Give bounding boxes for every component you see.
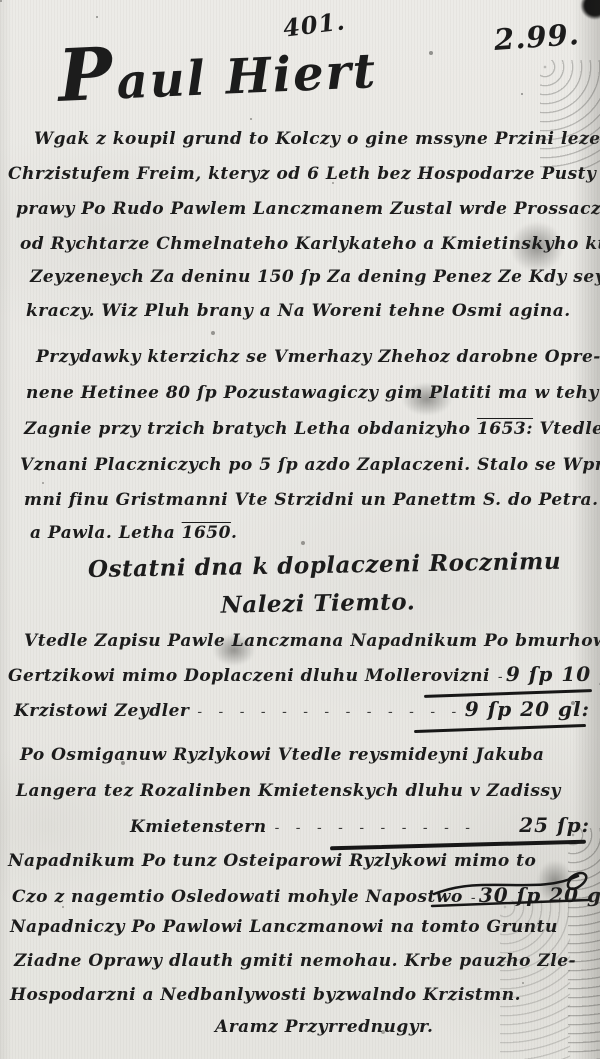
paragraph-line: od Rychtarze Chmelnateho Karlykateho a K… xyxy=(20,231,600,257)
dotted-leader: - - - - - xyxy=(490,664,506,690)
line-text: Zagnie przy trzich bratych Letha obdaniz… xyxy=(24,419,477,439)
amount-value: 9 ſp 10 gl: xyxy=(506,661,600,687)
year-1650: 1650 xyxy=(182,523,231,543)
ink-specks xyxy=(0,0,2,2)
line-text: Vtedle. xyxy=(533,419,600,439)
scan-noise-top-right xyxy=(540,60,600,170)
amount-value: 9 ſp 20 gl: xyxy=(465,696,590,722)
entry-intro-line: Vtedle Zapisu Pawle Lanczmana Napadnikum… xyxy=(24,628,600,654)
closing-line: Hospodarzni a Nedbanlywosti byzwalndo Kr… xyxy=(10,982,521,1008)
paragraph-line: Vznani Placzniczych po 5 ſp azdo Zaplacz… xyxy=(20,452,600,478)
closing-signature-line: Aramz Przyrrednugyr. xyxy=(215,1014,433,1040)
paragraph-line: Wgak z koupil grund to Kolczy o gine mss… xyxy=(34,126,600,152)
entry-row: Kmietenstern - - - - - - - - - - 25 ſp: xyxy=(130,812,590,841)
ink-mark-top-left xyxy=(0,4,12,40)
manuscript-page: 401. 2.99. Paul Hiert Wgak z koupil grun… xyxy=(0,0,600,1059)
entry-text: Czo z nagemtio Osledowati mohyle Napostw… xyxy=(12,884,463,910)
closing-line: Napadniczy Po Pawlowi Lanczmanowi na tom… xyxy=(10,914,558,940)
closing-line: Ziadne Oprawy dlauth gmiti nemohau. Krbe… xyxy=(14,948,576,974)
entry-row: Krzistowi Zeydler - - - - - - - - - - - … xyxy=(14,696,590,725)
paragraph-line: prawy Po Rudo Pawlem Lanczmanem Zustal w… xyxy=(16,196,600,222)
paragraph-line: Zagnie przy trzich bratych Letha obdaniz… xyxy=(24,416,600,442)
cancellation-flourish xyxy=(430,860,600,920)
paragraph-line: mni finu Gristmanni Vte Strzidni un Pane… xyxy=(24,487,599,513)
paragraph-line: Przydawky kterzichz se Vmerhazy Zhehoz d… xyxy=(36,344,600,370)
paragraph-line: nene Hetinee 80 ſp Pozustawagiczy gim Pl… xyxy=(26,380,599,406)
paragraph-line: Zeyzeneych Za deninu 150 ſp Za dening Pe… xyxy=(30,264,600,290)
entry-row: Gertzikowi mimo Doplaczeni dluhu Mollero… xyxy=(8,661,590,690)
entry-text: Kmietenstern xyxy=(130,814,267,840)
page-title: Paul Hiert xyxy=(56,19,378,118)
section-heading-line2: Nalezi Tiemto. xyxy=(88,586,548,621)
paragraph-line: kraczy. Wiz Pluh brany a Na Woreni tehne… xyxy=(26,298,571,324)
paragraph-line: Po Osmiganuw Ryzlykowi Vtedle reysmideyn… xyxy=(20,742,544,768)
paragraph-line: Langera tez Rozalinben Kmietenskych dluh… xyxy=(16,778,561,804)
line-text: a Pawla. Letha xyxy=(30,523,182,543)
year-1653: 1653: xyxy=(477,419,533,439)
entry-text: Gertzikowi mimo Doplaczeni dluhu Mollero… xyxy=(8,663,490,689)
dotted-leader: - - - - - - - - - - - - - - - - - - xyxy=(189,699,464,725)
paragraph-line: a Pawla. Letha 1650. xyxy=(30,520,237,546)
archive-number: 2.99. xyxy=(493,17,581,57)
line-text: . xyxy=(231,523,237,543)
dotted-leader: - - - - - - - - - - xyxy=(267,815,520,841)
amount-value: 25 ſp: xyxy=(519,812,590,838)
entry-text: Krzistowi Zeydler xyxy=(14,698,189,724)
section-heading-line1: Ostatni dna k doplaczeni Rocznimu xyxy=(88,548,548,583)
underline-stroke xyxy=(414,724,586,733)
paragraph-line: Chrzistufem Freim, kteryz od 6 Leth bez … xyxy=(8,161,600,187)
